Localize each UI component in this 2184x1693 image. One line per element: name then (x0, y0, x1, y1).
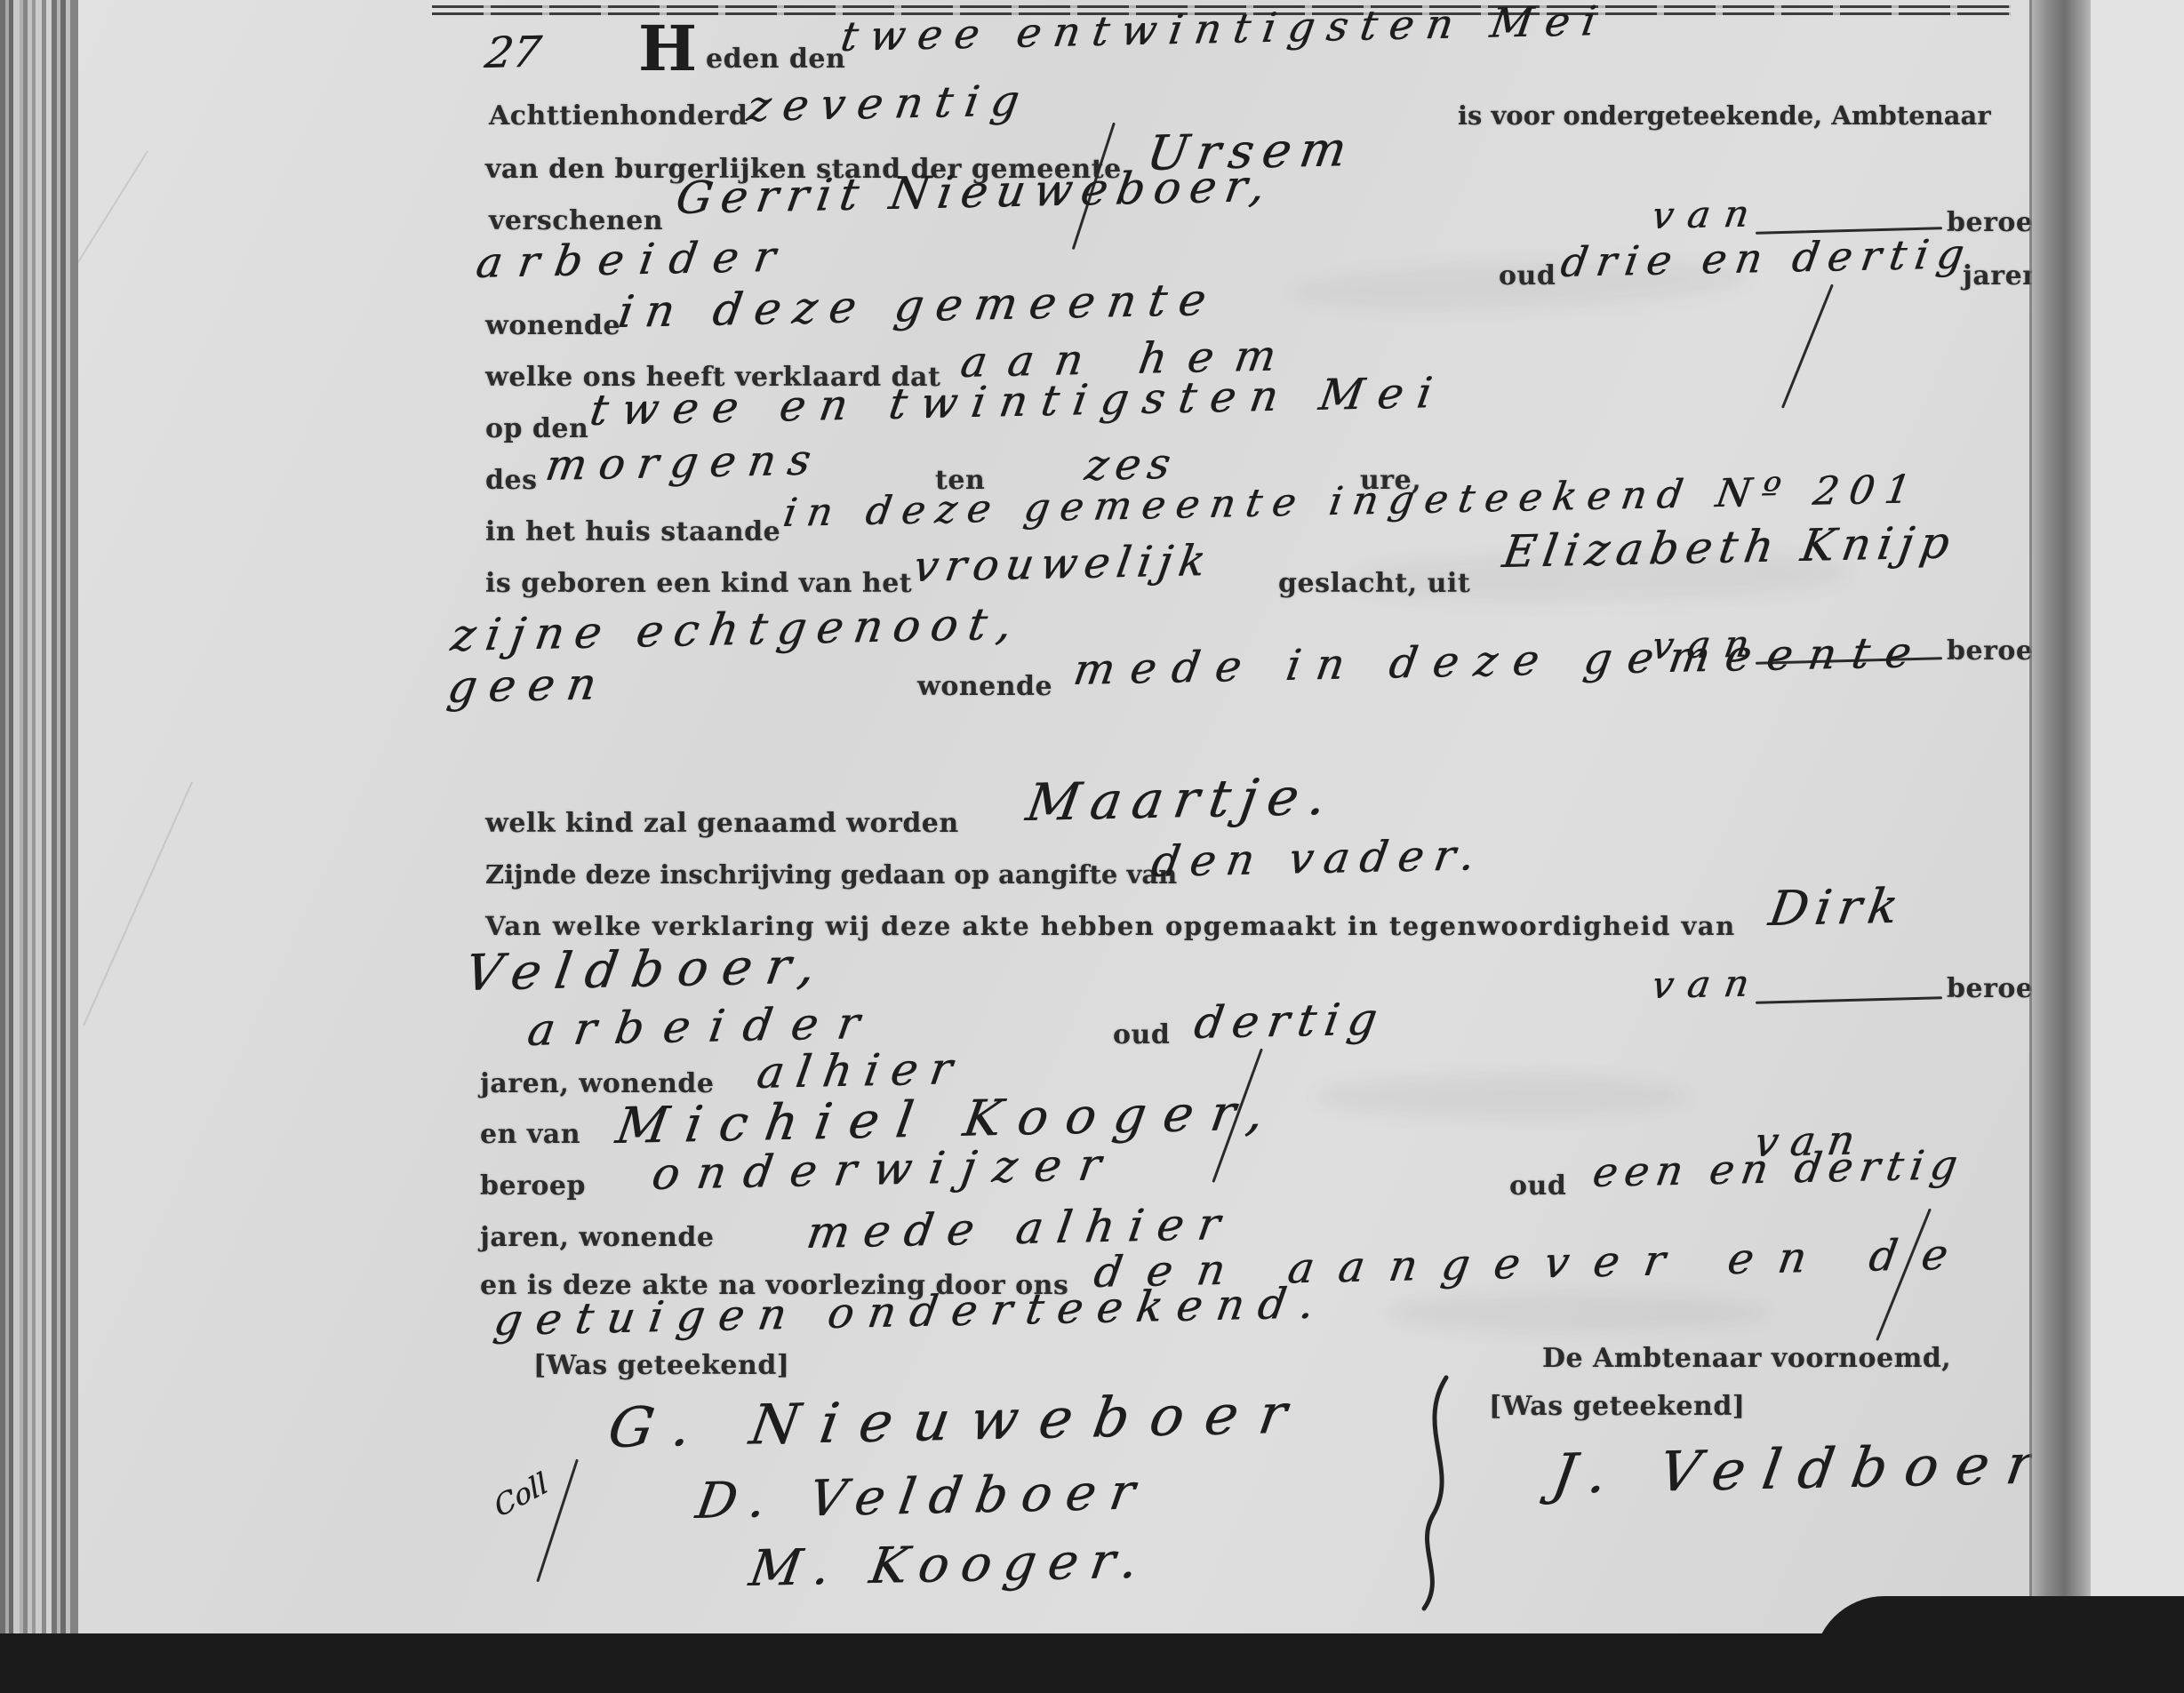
heden-dropcap: H (638, 18, 697, 80)
witness2-occupation-entry: onderwijzer (649, 1142, 1122, 1196)
witness1-residence-entry: alhier (754, 1046, 967, 1095)
op-den-label: op den (485, 416, 588, 443)
official-intro-label: is voor ondergeteekende, Ambtenaar (1458, 103, 1991, 129)
aangifte-label: Zijnde deze inschrijving gedaan op aangi… (485, 862, 1177, 888)
witness1-occupation-entry: arbeider (524, 1001, 882, 1052)
beroep-label: beroep (480, 1173, 586, 1200)
facing-page-edge (2091, 0, 2184, 1693)
year-label: Achttienhonderd (489, 103, 748, 130)
declarant-age-entry: drie en dertig (1558, 233, 1976, 283)
oud-label: oud (1113, 1022, 1170, 1049)
van-entry: van (1649, 195, 1765, 235)
verschenen-label: verschenen (489, 208, 663, 235)
signature-witness2: M. Kooger. (746, 1537, 1153, 1594)
jaren-wonende-label: jaren, wonende (480, 1071, 715, 1098)
ambtenaar-voornoemd-label: De Ambtenaar voornoemd, (1542, 1346, 1951, 1372)
signature-declarant: G. Nieuweboer (604, 1386, 1311, 1456)
declarant-name-entry: Gerrit Nieuweboer, (673, 164, 1276, 220)
book-edge-stripes (0, 0, 78, 1693)
was-geteekend-left-label: [Was geteekend] (533, 1353, 790, 1379)
signature-witness1: D. Veldboer (692, 1467, 1152, 1527)
act-number: 27 (483, 31, 544, 75)
year-entry: zeventig (745, 79, 1035, 128)
en-van-label: en van (480, 1122, 580, 1148)
child-name-entry: Maartje. (1023, 771, 1340, 828)
spouse-entry: zijne echtgenoot, (448, 602, 1025, 658)
witness1-surname-entry: Veldboer, (461, 941, 832, 999)
oud-label: oud (1509, 1173, 1566, 1200)
geboren-label: is geboren een kind van het (485, 571, 912, 597)
hour-entry: zes (1083, 443, 1180, 487)
declarant-occupation-entry: arbeider (474, 236, 795, 284)
wonende-label: wonende (917, 674, 1052, 700)
geslacht-uit-label: geslacht, uit (1278, 571, 1470, 597)
daypart-entry: morgens (543, 439, 827, 487)
ink-brace-stroke (1397, 1373, 1477, 1613)
witness1-age-entry: dertig (1191, 997, 1388, 1045)
mother-name-entry: Elizabeth Knijp (1500, 520, 1959, 574)
bleedthrough-smudge (1316, 1075, 1689, 1118)
wonende-label: wonende (485, 313, 620, 339)
witness2-age-entry: een en dertig (1590, 1144, 1967, 1193)
birth-record-scan: 27 H eden den twee entwintigsten Mei Ach… (0, 0, 2184, 1693)
page-gutter-shadow (2032, 0, 2091, 1693)
bleedthrough-smudge (1387, 1293, 1769, 1332)
huis-label: in het huis staande (485, 519, 780, 546)
jaren-wonende-label: jaren, wonende (480, 1225, 715, 1251)
heden-den-label: eden den (706, 46, 845, 73)
was-geteekend-right-label: [Was geteekend] (1489, 1394, 1746, 1420)
des-label: des (485, 467, 537, 494)
gender-entry: vrouwelijk (911, 539, 1216, 588)
signature-official: J. Veldboer (1548, 1436, 2055, 1502)
scan-bottom-bar-corner (1813, 1596, 2184, 1693)
declarant-residence-entry: in deze gemeente (615, 277, 1221, 334)
aangifte-entry: den vader. (1149, 834, 1489, 883)
verklaring-label: Van welke verklaring wij deze akte hebbe… (485, 914, 1736, 939)
child-name-label: welk kind zal genaamd worden (485, 811, 959, 837)
mother-occupation-entry: geen (444, 661, 612, 709)
witness1-firstname-entry: Dirk (1766, 882, 1908, 933)
oud-label: oud (1499, 263, 1556, 290)
van-entry: van (1649, 964, 1765, 1004)
